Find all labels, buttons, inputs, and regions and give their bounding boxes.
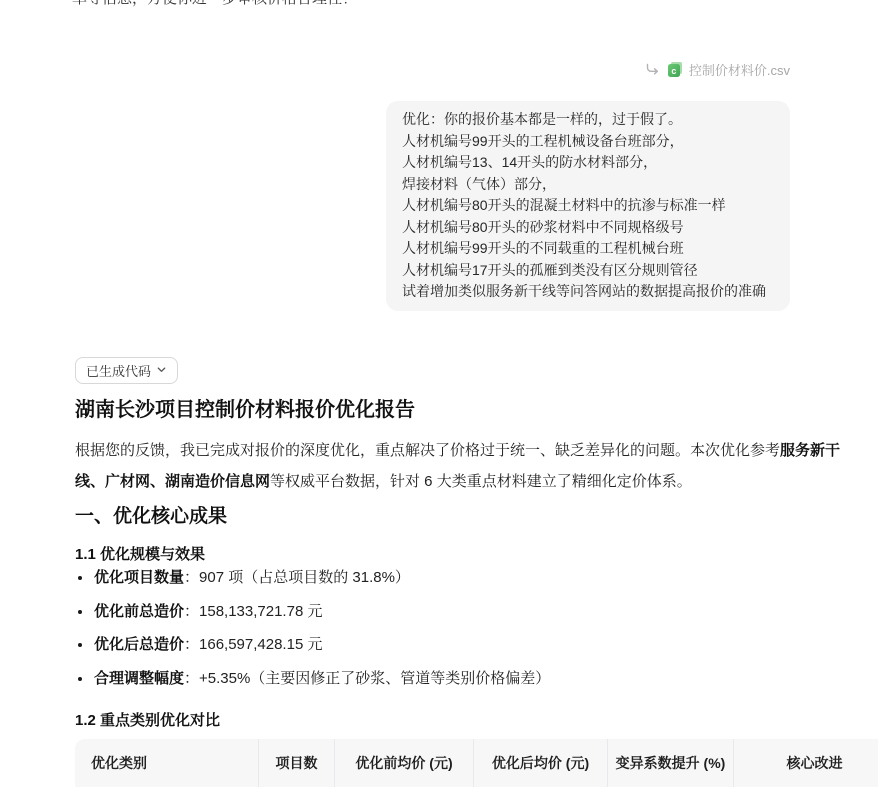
section-heading-core-results: 一、优化核心成果 — [75, 501, 227, 528]
bullet-text: ：166,597,428.15 元 — [184, 636, 322, 653]
intro-text-post: 等权威平台数据，针对 6 大类重点材料建立了精细化定价体系。 — [270, 473, 692, 490]
bullet-dot-icon — [78, 576, 82, 580]
table-header-core-improvement: 核心改进 — [733, 739, 878, 787]
bullet-label: 合理调整幅度 — [94, 670, 184, 687]
list-item: 合理调整幅度：+5.35%（主要因修正了砂浆、管道等类别价格偏差） — [78, 671, 550, 687]
bullet-label: 优化前总造价 — [94, 603, 184, 620]
subsection-heading-scale-effect: 1.1 优化规模与效果 — [75, 543, 205, 564]
list-item: 优化前总造价：158,133,721.78 元 — [78, 604, 550, 620]
table-header-avg-before: 优化前均价 (元) — [334, 739, 473, 787]
table-header-item-count: 项目数 — [258, 739, 334, 787]
chat-page: 单等信息，方便你进一步审核价格合理性！ c 控制价材料价.csv 优化：你的报价… — [0, 0, 878, 787]
optimization-stats-list: 优化项目数量：907 项（占总项目数的 31.8%） 优化前总造价：158,13… — [78, 570, 550, 704]
report-title: 湖南长沙项目控制价材料报价优化报告 — [75, 393, 415, 422]
bullet-text: ：158,133,721.78 元 — [184, 603, 322, 620]
list-item: 优化后总造价：166,597,428.15 元 — [78, 637, 550, 653]
generated-code-toggle[interactable]: 已生成代码 — [75, 357, 178, 384]
bullet-dot-icon — [78, 677, 82, 681]
table-header-category: 优化类别 — [75, 739, 258, 787]
user-message-line: 人材机编号13、14开头的防水材料部分， — [402, 152, 774, 174]
bullet-label: 优化项目数量 — [94, 569, 184, 586]
user-message-line: 试着增加类似服务新干线等问答网站的数据提高报价的准确 — [402, 281, 774, 303]
user-message-line: 人材机编号80开头的砂浆材料中不同规格级号 — [402, 217, 774, 239]
user-message-line: 人材机编号80开头的混凝土材料中的抗渗与标准一样 — [402, 195, 774, 217]
table-header-row: 优化类别 项目数 优化前均价 (元) 优化后均价 (元) 变异系数提升 (%) … — [75, 739, 878, 787]
list-item: 优化项目数量：907 项（占总项目数的 31.8%） — [78, 570, 550, 586]
subsection-heading-category-comparison: 1.2 重点类别优化对比 — [75, 709, 220, 730]
user-message-line: 焊接材料（气体）部分， — [402, 174, 774, 196]
bullet-text: ：+5.35%（主要因修正了砂浆、管道等类别价格偏差） — [184, 670, 550, 687]
user-message-line: 人材机编号99开头的工程机械设备台班部分， — [402, 131, 774, 153]
report-intro: 根据您的反馈，我已完成对报价的深度优化，重点解决了价格过于统一、缺乏差异化的问题… — [75, 436, 869, 497]
bullet-label: 优化后总造价 — [94, 636, 184, 653]
user-message-bubble: 优化：你的报价基本都是一样的，过于假了。 人材机编号99开头的工程机械设备台班部… — [386, 101, 790, 311]
attachment-file-name[interactable]: 控制价材料价.csv — [689, 60, 790, 79]
user-message-line: 人材机编号99开头的不同载重的工程机械台班 — [402, 238, 774, 260]
bullet-dot-icon — [78, 610, 82, 614]
user-message-line: 优化：你的报价基本都是一样的，过于假了。 — [402, 109, 774, 131]
table-header-avg-after: 优化后均价 (元) — [473, 739, 607, 787]
intro-text-pre: 根据您的反馈，我已完成对报价的深度优化，重点解决了价格过于统一、缺乏差异化的问题… — [75, 442, 780, 459]
category-comparison-table: 优化类别 项目数 优化前均价 (元) 优化后均价 (元) 变异系数提升 (%) … — [75, 739, 878, 787]
generated-code-label: 已生成代码 — [86, 361, 151, 380]
bullet-text: ：907 项（占总项目数的 31.8%） — [184, 569, 410, 586]
attachment-row[interactable]: c 控制价材料价.csv — [644, 60, 790, 79]
previous-message-cut-line: 单等信息，方便你进一步审核价格合理性！ — [72, 0, 357, 7]
bullet-dot-icon — [78, 643, 82, 647]
reply-arrow-icon — [644, 61, 661, 78]
table-header-cv-improve: 变异系数提升 (%) — [607, 739, 733, 787]
chevron-down-icon — [156, 363, 167, 378]
csv-file-icon: c — [668, 62, 682, 77]
user-message-line: 人材机编号17开头的孤雁到类没有区分规则管径 — [402, 260, 774, 282]
